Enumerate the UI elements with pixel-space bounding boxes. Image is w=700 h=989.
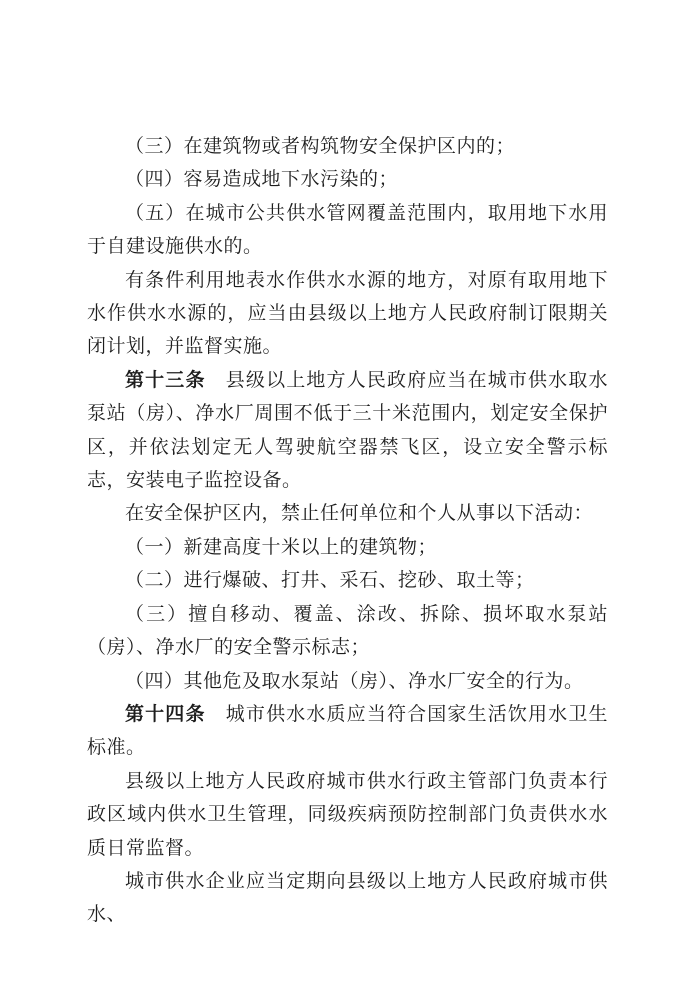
paragraph-text: （四）其他危及取水泵站（房）、净水厂安全的行为。 <box>125 671 584 692</box>
item-3-building-protection-zone: （三）在建筑物或者构筑物安全保护区内的； <box>87 130 608 163</box>
para-water-quality-reporting: 城市供水企业应当定期向县级以上地方人民政府城市供水、 <box>87 865 608 932</box>
paragraph-text: （五）在城市公共供水管网覆盖范围内，取用地下水用于自建设施供水的。 <box>87 203 608 257</box>
para-water-hygiene-management: 县级以上地方人民政府城市供水行政主管部门负责本行政区域内供水卫生管理，同级疾病预… <box>87 765 608 865</box>
para-protection-zone-intro: 在安全保护区内，禁止任何单位和个人从事以下活动： <box>87 497 608 530</box>
article-14-number: 第十四条 <box>125 704 226 725</box>
article-13-number: 第十三条 <box>125 370 226 391</box>
paragraph-text: 县级以上地方人民政府城市供水行政主管部门负责本行政区域内供水卫生管理，同级疾病预… <box>87 771 608 859</box>
item-5-public-network-coverage: （五）在城市公共供水管网覆盖范围内，取用地下水用于自建设施供水的。 <box>87 197 608 264</box>
item-4-other-hazards: （四）其他危及取水泵站（房）、净水厂安全的行为。 <box>87 665 608 698</box>
paragraph-text: （一）新建高度十米以上的建筑物； <box>125 537 437 558</box>
item-3-sign-tampering: （三）擅自移动、覆盖、涂改、拆除、损坏取水泵站（房）、净水厂的安全警示标志； <box>87 598 608 665</box>
paragraph-text: （二）进行爆破、打井、采石、挖砂、取土等； <box>125 570 535 591</box>
paragraph-text: （四）容易造成地下水污染的； <box>125 169 398 190</box>
item-2-blasting-digging: （二）进行爆破、打井、采石、挖砂、取土等； <box>87 564 608 597</box>
paragraph-text: （三）擅自移动、覆盖、涂改、拆除、损坏取水泵站（房）、净水厂的安全警示标志； <box>87 604 608 658</box>
article-14: 第十四条 城市供水水质应当符合国家生活饮用水卫生标准。 <box>87 698 608 765</box>
paragraph-text: （三）在建筑物或者构筑物安全保护区内的； <box>125 136 515 157</box>
item-4-groundwater-pollution: （四）容易造成地下水污染的； <box>87 163 608 196</box>
paragraph-text: 在安全保护区内，禁止任何单位和个人从事以下活动： <box>125 503 593 524</box>
paragraph-text: 有条件利用地表水作供水水源的地方，对原有取用地下水作供水水源的，应当由县级以上地… <box>87 270 608 358</box>
para-surface-water-source: 有条件利用地表水作供水水源的地方，对原有取用地下水作供水水源的，应当由县级以上地… <box>87 264 608 364</box>
item-1-new-buildings: （一）新建高度十米以上的建筑物； <box>87 531 608 564</box>
document-body: （三）在建筑物或者构筑物安全保护区内的； （四）容易造成地下水污染的； （五）在… <box>87 130 608 932</box>
article-13: 第十三条 县级以上地方人民政府应当在城市供水取水泵站（房）、净水厂周围不低于三十… <box>87 364 608 498</box>
paragraph-text: 城市供水企业应当定期向县级以上地方人民政府城市供水、 <box>87 871 608 925</box>
document-page: （三）在建筑物或者构筑物安全保护区内的； （四）容易造成地下水污染的； （五）在… <box>0 0 700 989</box>
